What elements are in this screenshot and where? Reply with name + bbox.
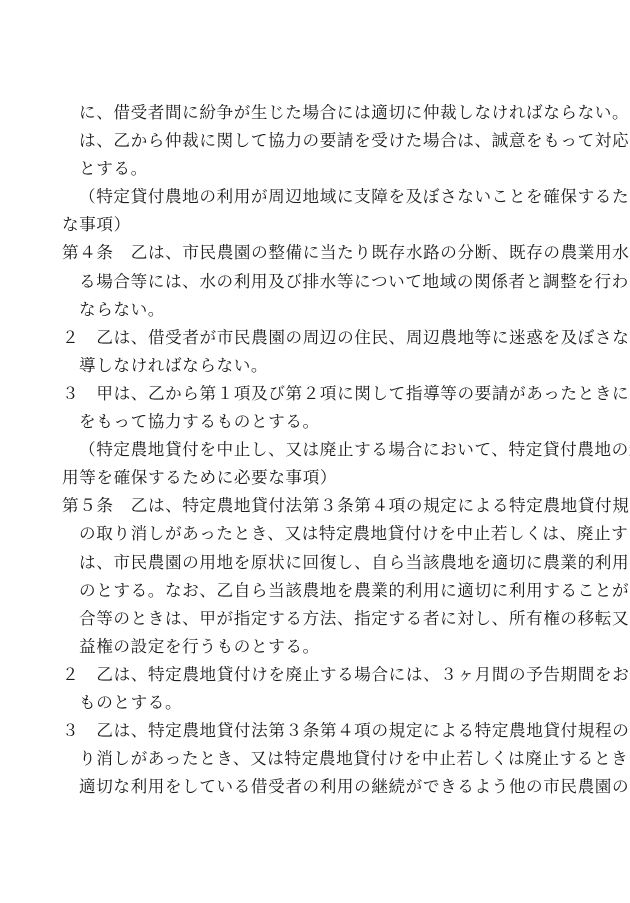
article-4-paragraph-2: ２ 乙は、借受者が市民農園の周辺の住民、周辺農地等に迷惑を及ぼさないよう指: [62, 324, 568, 352]
text-line: とする。: [62, 155, 568, 183]
section-heading: （特定農地貸付を中止し、又は廃止する場合において、特定貸付農地の適切な利: [62, 436, 568, 464]
text-line: 益権の設定を行うものとする。: [62, 633, 568, 661]
text-line: り消しがあったとき、又は特定農地貸付けを中止若しくは廃止するときは、現に: [62, 745, 568, 773]
document-page: に、借受者間に紛争が生じた場合には適切に仲裁しなければならない。なお、甲 は、乙…: [62, 99, 568, 801]
text-line: に、借受者間に紛争が生じた場合には適切に仲裁しなければならない。なお、甲: [62, 99, 568, 127]
text-line: 導しなければならない。: [62, 352, 568, 380]
article-5: 第５条 乙は、特定農地貸付法第３条第４項の規定による特定農地貸付規程の承認: [62, 492, 568, 520]
text-line: ものとする。: [62, 689, 568, 717]
text-line: をもって協力するものとする。: [62, 408, 568, 436]
article-4: 第４条 乙は、市民農園の整備に当たり既存水路の分断、既存の農業用水を利用す: [62, 239, 568, 267]
text-line: の取り消しがあったとき、又は特定農地貸付けを中止若しくは、廃止するときに: [62, 520, 568, 548]
text-line: のとする。なお、乙自ら当該農地を農業的利用に適切に利用することが困難な場: [62, 577, 568, 605]
article-5-paragraph-3: ３ 乙は、特定農地貸付法第３条第４項の規定による特定農地貸付規程の承認の取: [62, 717, 568, 745]
text-line: は、市民農園の用地を原状に回復し、自ら当該農地を適切に農業的利用を行うも: [62, 549, 568, 577]
text-line: 合等のときは、甲が指定する方法、指定する者に対し、所有権の移転又は使用収: [62, 605, 568, 633]
section-heading: な事項）: [62, 211, 568, 239]
article-5-paragraph-2: ２ 乙は、特定農地貸付けを廃止する場合には、３ヶ月間の予告期間をおいて行う: [62, 661, 568, 689]
text-line: は、乙から仲裁に関して協力の要請を受けた場合は、誠意をもって対応するもの: [62, 127, 568, 155]
text-line: ならない。: [62, 296, 568, 324]
text-line: 適切な利用をしている借受者の利用の継続ができるよう他の市民農園の斡旋を行: [62, 773, 568, 801]
section-heading: （特定貸付農地の利用が周辺地域に支障を及ぼさないことを確保するために必要: [62, 183, 568, 211]
text-line: る場合等には、水の利用及び排水等について地域の関係者と調整を行わなければ: [62, 268, 568, 296]
article-4-paragraph-3: ３ 甲は、乙から第１項及び第２項に関して指導等の要請があったときには、誠意: [62, 380, 568, 408]
section-heading: 用等を確保するために必要な事項）: [62, 464, 568, 492]
